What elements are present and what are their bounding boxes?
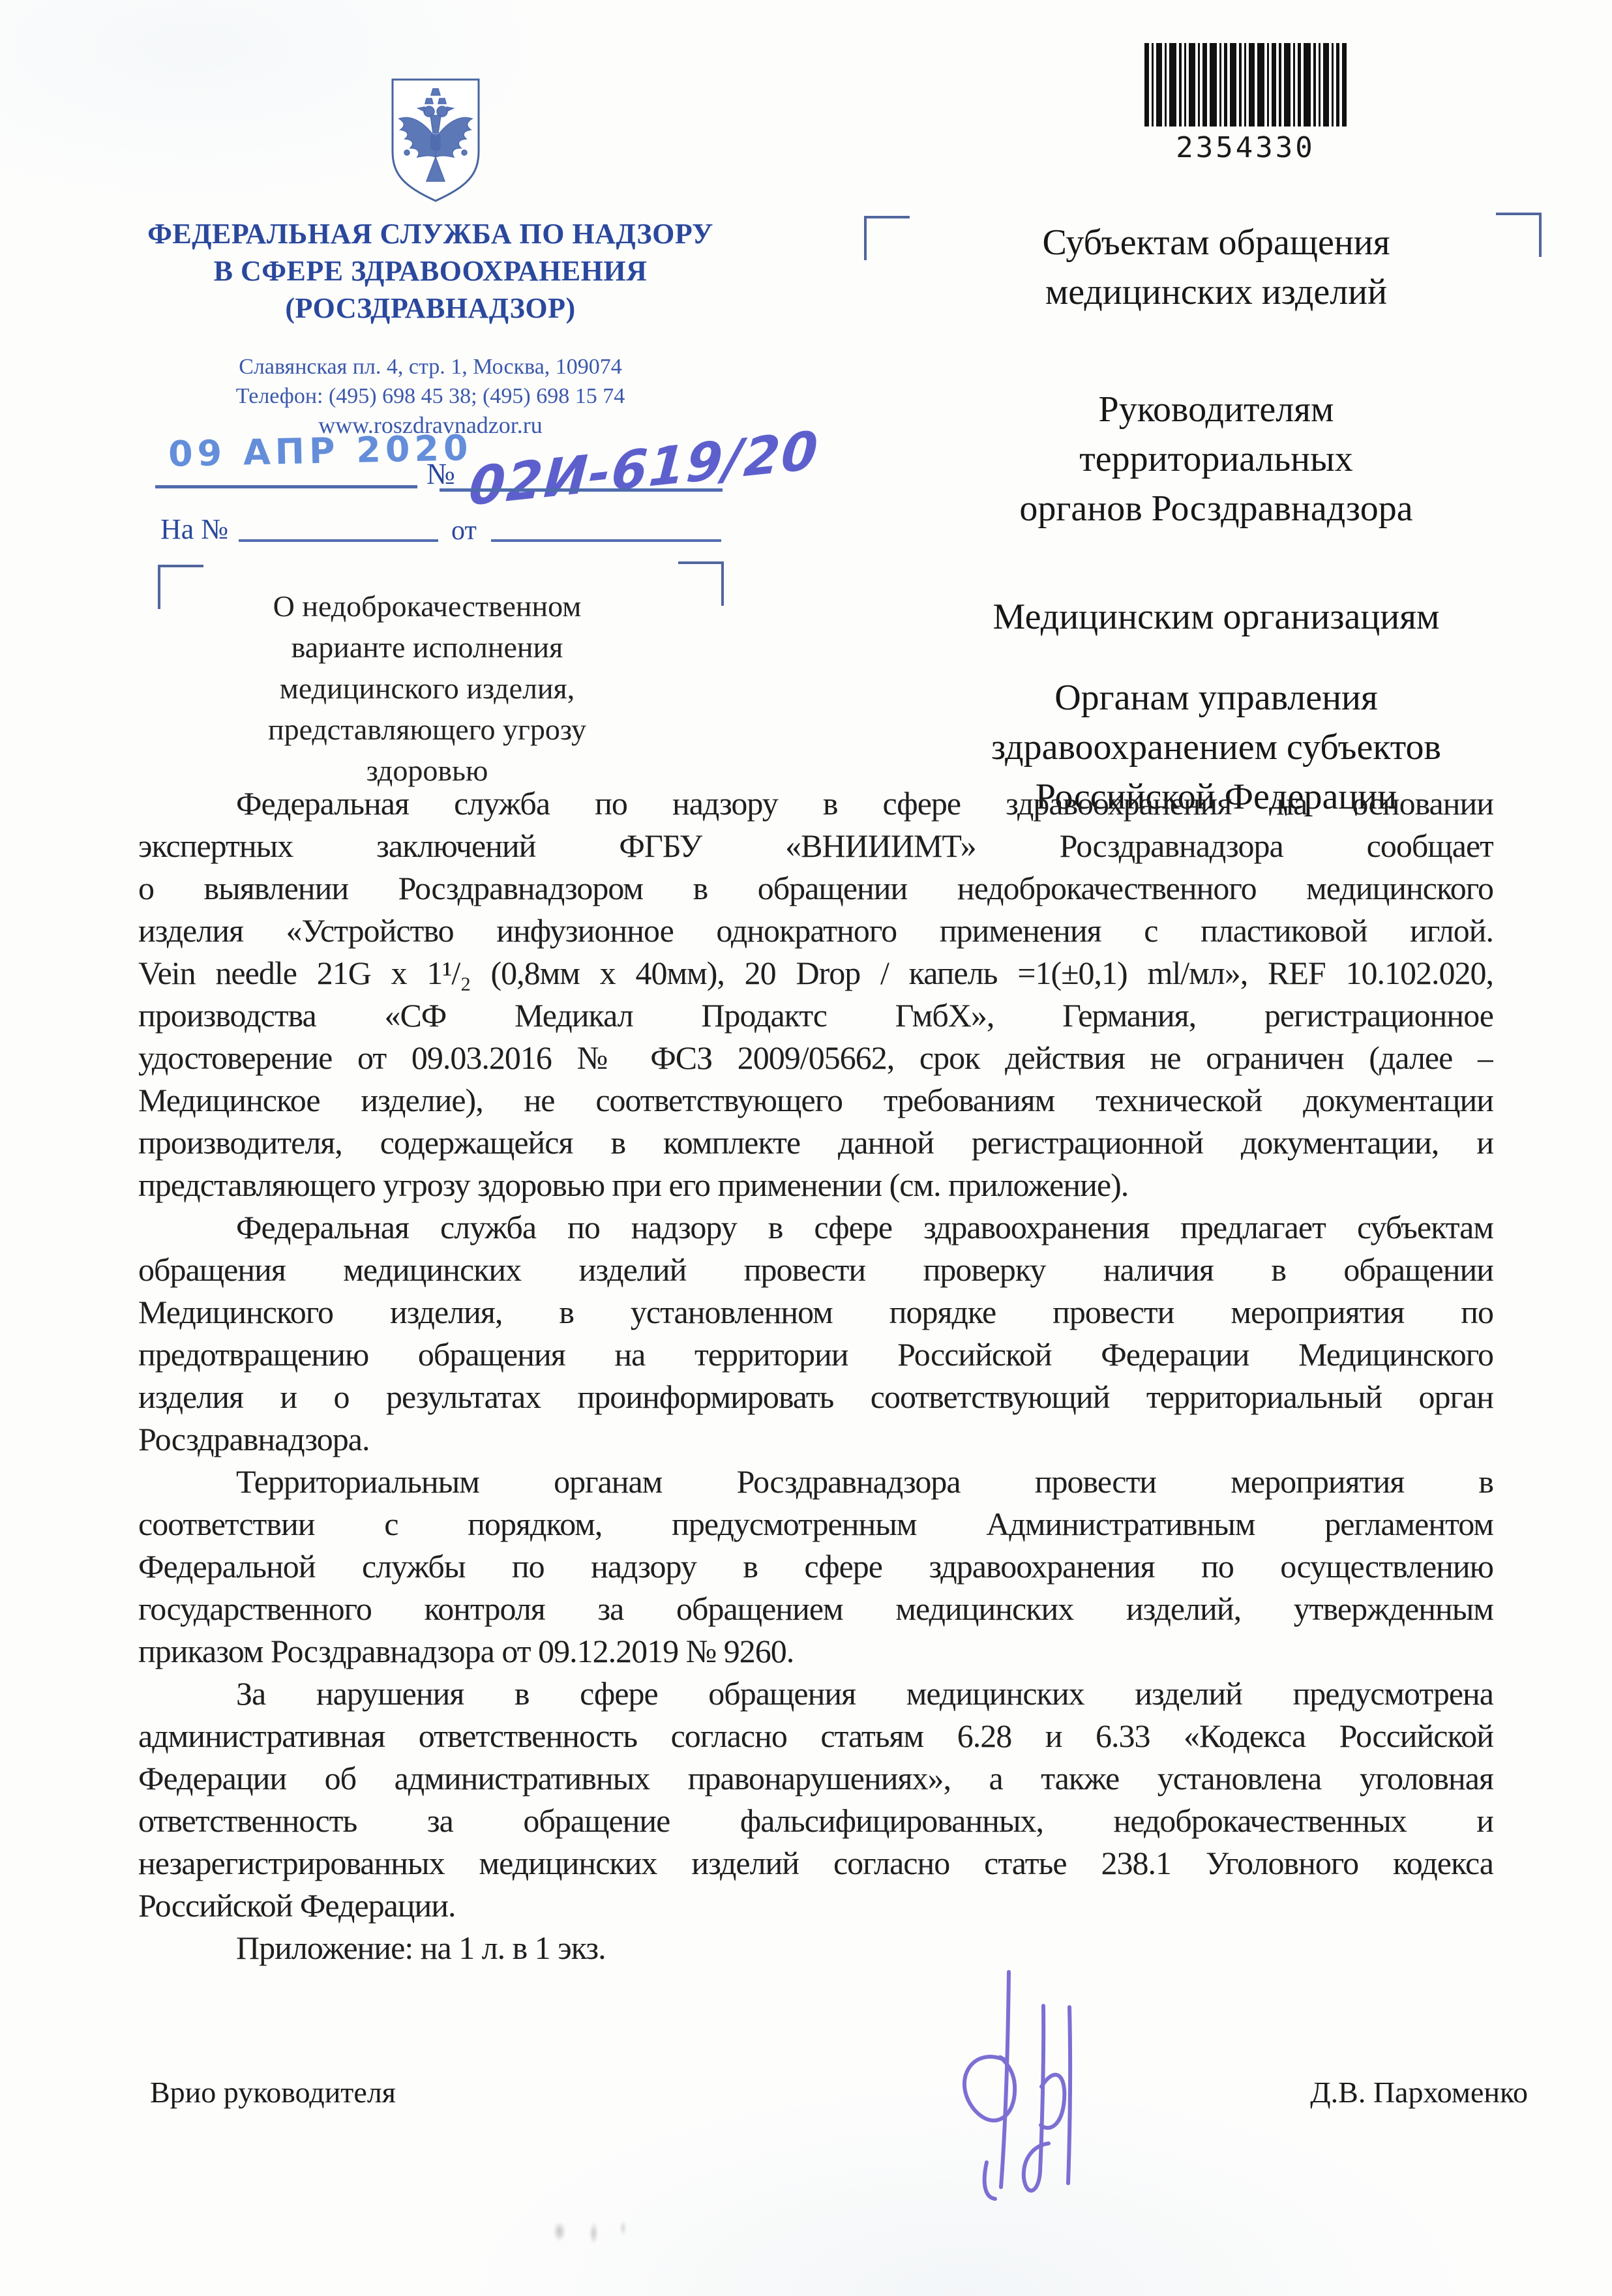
body-line: Vein needle 21G x 1¹/₂ (0,8мм х 40мм), 2…: [138, 952, 1493, 994]
body-line: незарегистрированных медицинских изделий…: [138, 1842, 1493, 1885]
subject-line: представляющего угрозу: [183, 709, 672, 750]
letter-body: Федеральная служба по надзору в сфере зд…: [138, 783, 1493, 1969]
recipient-line: Субъектам обращения: [906, 218, 1526, 267]
org-name-line: (РОСЗДРАВНАДЗОР): [104, 290, 756, 327]
recipient-line: здравоохранением субъектов: [906, 723, 1526, 772]
subject-block: О недоброкачественномварианте исполнения…: [183, 586, 672, 791]
recipient-group: Медицинским организациям: [906, 592, 1526, 642]
body-line: изделия «Устройство инфузионное однократ…: [138, 910, 1493, 952]
body-line: обращения медицинских изделий провести п…: [138, 1249, 1493, 1291]
org-name-line: ФЕДЕРАЛЬНАЯ СЛУЖБА ПО НАДЗОРУ: [104, 215, 756, 252]
scan-smudge: [540, 2214, 638, 2248]
number-sign-label: №: [426, 456, 455, 491]
body-line: Российской Федерации.: [138, 1885, 1493, 1927]
subject-corner-mark-right: [678, 561, 724, 606]
body-line: Медицинского изделия, в установленном по…: [138, 1291, 1493, 1334]
body-line: о выявлении Росздравнадзором в обращении…: [138, 867, 1493, 910]
body-line: изделия и о результатах проинформировать…: [138, 1376, 1493, 1418]
body-line: представляющего угрозу здоровью при его …: [138, 1164, 1493, 1206]
body-line: ответственность за обращение фальсифицир…: [138, 1800, 1493, 1842]
date-underline: [155, 485, 417, 488]
body-line: Приложение: на 1 л. в 1 экз.: [138, 1927, 1493, 1969]
barcode-number: 2354330: [1144, 131, 1347, 164]
handwritten-signature: [910, 1968, 1105, 2211]
body-line: административная ответственность согласн…: [138, 1715, 1493, 1757]
body-line: производителя, содержащейся в комплекте …: [138, 1122, 1493, 1164]
recipients-corner-mark-left: [864, 216, 910, 260]
subject-line: варианте исполнения: [183, 627, 672, 668]
recipient-group: Субъектам обращениямедицинских изделий: [906, 218, 1526, 317]
recipient-line: медицинских изделий: [906, 267, 1526, 317]
incoming-date-underline: [491, 539, 721, 542]
signer-name: Д.В. Пархоменко: [1310, 2075, 1528, 2110]
org-phone: Телефон: (495) 698 45 38; (495) 698 15 7…: [104, 381, 756, 411]
body-line: экспертных заключений ФГБУ «ВНИИИМТ» Рос…: [138, 825, 1493, 867]
body-line: Медицинское изделие), не соответствующег…: [138, 1079, 1493, 1122]
recipient-line: территориальных: [906, 434, 1526, 484]
body-line: Территориальным органам Росздравнадзора …: [138, 1461, 1493, 1503]
recipients-block: Субъектам обращениямедицинских изделийРу…: [906, 218, 1526, 822]
coat-of-arms-icon: [383, 73, 488, 206]
body-line: Федеральная служба по надзору в сфере зд…: [138, 783, 1493, 825]
incoming-number-underline: [239, 539, 438, 542]
body-line: приказом Росздравнадзора от 09.12.2019 №…: [138, 1630, 1493, 1673]
scanned-letter-page: 2354330 ФЕДЕРАЛЬНАЯ СЛУЖБА ПО НАДЗОРУ В …: [0, 0, 1612, 2296]
subject-line: медицинского изделия,: [183, 668, 672, 709]
body-line: Росздравнадзора.: [138, 1418, 1493, 1461]
body-line: предотвращению обращения на территории Р…: [138, 1334, 1493, 1376]
address-block: Славянская пл. 4, стр. 1, Москва, 109074…: [104, 352, 756, 440]
body-line: государственного контроля за обращением …: [138, 1588, 1493, 1630]
body-line: соответствии с порядком, предусмотренным…: [138, 1503, 1493, 1545]
body-line: Федерации об административных правонаруш…: [138, 1757, 1493, 1800]
body-line: За нарушения в сфере обращения медицинск…: [138, 1673, 1493, 1715]
recipient-line: Органам управления: [906, 673, 1526, 723]
recipient-line: Руководителям: [906, 385, 1526, 434]
recipient-group: Руководителямтерриториальныхорганов Росз…: [906, 385, 1526, 533]
number-underline: [440, 488, 723, 492]
subject-line: О недоброкачественном: [183, 586, 672, 627]
body-paragraph: Федеральная служба по надзору в сфере зд…: [138, 783, 1493, 1206]
barcode-bars: [1144, 43, 1347, 127]
body-line: производства «СФ Медикал Продактс ГмбХ»,…: [138, 994, 1493, 1037]
org-address: Славянская пл. 4, стр. 1, Москва, 109074: [104, 352, 756, 381]
body-line: Федеральной службы по надзору в сфере зд…: [138, 1545, 1493, 1588]
signer-position: Врио руководителя: [150, 2075, 396, 2110]
body-line: Федеральная служба по надзору в сфере зд…: [138, 1206, 1493, 1249]
barcode: 2354330: [1144, 43, 1347, 164]
body-line: удостоверение от 09.03.2016 № ФСЗ 2009/0…: [138, 1037, 1493, 1079]
org-name-line: В СФЕРЕ ЗДРАВООХРАНЕНИЯ: [104, 252, 756, 290]
body-paragraph: Федеральная служба по надзору в сфере зд…: [138, 1206, 1493, 1461]
org-name: ФЕДЕРАЛЬНАЯ СЛУЖБА ПО НАДЗОРУ В СФЕРЕ ЗД…: [104, 215, 756, 327]
recipient-line: Медицинским организациям: [906, 592, 1526, 642]
body-paragraph: За нарушения в сфере обращения медицинск…: [138, 1673, 1493, 1927]
body-paragraph: Приложение: на 1 л. в 1 экз.: [138, 1927, 1493, 1969]
recipient-line: органов Росздравнадзора: [906, 484, 1526, 533]
body-paragraph: Территориальным органам Росздравнадзора …: [138, 1461, 1493, 1673]
incoming-number-label: На №: [160, 513, 228, 546]
incoming-date-label: от: [451, 515, 477, 546]
